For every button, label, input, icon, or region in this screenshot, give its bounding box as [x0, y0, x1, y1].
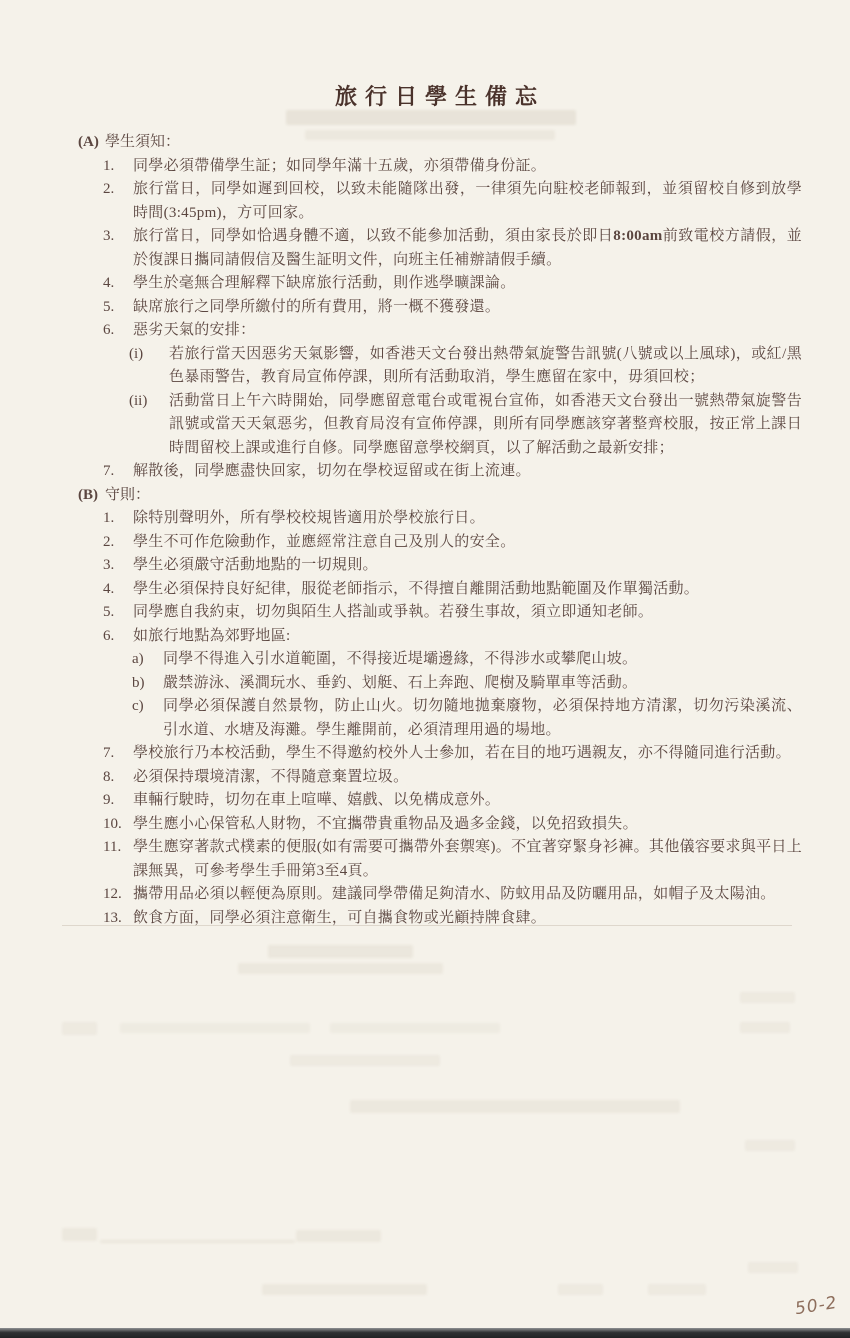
item-text: 車輛行駛時，切勿在車上喧嘩、嬉戲、以免構成意外。: [133, 789, 802, 813]
list-item: 4. 學生於毫無合理解釋下缺席旅行活動，則作逃學曠課論。: [103, 272, 802, 296]
item-text-bold-time: 8:00am: [613, 228, 662, 244]
list-item: 10. 學生應小心保管私人財物，不宜攜帶貴重物品及過多金錢，以免招致損失。: [103, 813, 802, 837]
bleed-through-artifact: [558, 1284, 603, 1295]
item-number: 8.: [103, 766, 133, 790]
section-a-heading: (A) 學生須知：: [78, 131, 802, 155]
subitem-text: 同學不得進入引水道範圍，不得接近堤壩邊緣，不得涉水或攀爬山坡。: [163, 648, 802, 672]
subitem-text: 嚴禁游泳、溪澗玩水、垂釣、划艇、石上奔跑、爬樹及騎單車等活動。: [163, 672, 802, 696]
list-item: 13. 飲食方面，同學必須注意衛生，可自攜食物或光顧持牌食肆。: [103, 907, 802, 931]
bleed-through-artifact: [62, 1022, 97, 1035]
item-text: 同學應自我約束，切勿與陌生人搭訕或爭執。若發生事故，須立即通知老師。: [133, 601, 802, 625]
item-number: 4.: [103, 578, 133, 602]
section-b-heading: (B) 守則：: [78, 484, 802, 508]
item-number: 2.: [103, 178, 133, 225]
subitem-number: (i): [129, 343, 169, 390]
bleed-through-artifact: [648, 1284, 706, 1295]
list-item: 4. 學生必須保持良好紀律，服從老師指示，不得擅自離開活動地點範圍及作單獨活動。: [103, 578, 802, 602]
item-number: 13.: [103, 907, 133, 931]
item-text: 學生於毫無合理解釋下缺席旅行活動，則作逃學曠課論。: [133, 272, 802, 296]
sub-list-item: (ii) 活動當日上午六時開始，同學應留意電台或電視台宣佈，如香港天文台發出一號…: [129, 390, 802, 461]
list-item: 2. 學生不可作危險動作，並應經常注意自己及別人的安全。: [103, 531, 802, 555]
item-text: 解散後，同學應盡快回家，切勿在學校逗留或在街上流連。: [133, 460, 802, 484]
section-a-item6-sublist: (i) 若旅行當天因惡劣天氣影響，如香港天文台發出熱帶氣旋警告訊號(八號或以上風…: [129, 343, 802, 461]
item-number: 10.: [103, 813, 133, 837]
subitem-number: b): [132, 672, 163, 696]
subitem-text: 同學必須保護自然景物，防止山火。切勿隨地拋棄廢物，必須保持地方清潔，切勿污染溪流…: [163, 695, 802, 742]
sub-list-item: b) 嚴禁游泳、溪澗玩水、垂釣、划艇、石上奔跑、爬樹及騎單車等活動。: [132, 672, 802, 696]
item-text: 同學必須帶備學生証；如同學年滿十五歲，亦須帶備身份証。: [133, 155, 802, 179]
section-b-title: 守則：: [105, 484, 150, 508]
item-number: 1.: [103, 155, 133, 179]
list-item: 9. 車輛行駛時，切勿在車上喧嘩、嬉戲、以免構成意外。: [103, 789, 802, 813]
section-b-label: (B): [78, 484, 105, 508]
item-text: 如旅行地點為郊野地區:: [133, 625, 802, 649]
item-number: 7.: [103, 460, 133, 484]
item-text: 學生必須嚴守活動地點的一切規則。: [133, 554, 802, 578]
bleed-through-artifact: [268, 945, 413, 958]
item-text: 缺席旅行之同學所繳付的所有費用，將一概不獲發還。: [133, 296, 802, 320]
list-item: 5. 缺席旅行之同學所繳付的所有費用，將一概不獲發還。: [103, 296, 802, 320]
subitem-text: 若旅行當天因惡劣天氣影響，如香港天文台發出熱帶氣旋警告訊號(八號或以上風球)，或…: [169, 343, 802, 390]
item-text: 學校旅行乃本校活動，學生不得邀約校外人士參加，若在目的地巧遇親友，亦不得隨同進行…: [133, 742, 802, 766]
bleed-through-artifact: [290, 1055, 440, 1066]
sub-list-item: (i) 若旅行當天因惡劣天氣影響，如香港天文台發出熱帶氣旋警告訊號(八號或以上風…: [129, 343, 802, 390]
section-a-list: 1. 同學必須帶備學生証；如同學年滿十五歲，亦須帶備身份証。 2. 旅行當日，同…: [103, 155, 802, 343]
list-item: 12. 攜帶用品必須以輕便為原則。建議同學帶備足夠清水、防蚊用品及防曬用品，如帽…: [103, 883, 802, 907]
list-item: 6. 惡劣天氣的安排：: [103, 319, 802, 343]
item-text: 惡劣天氣的安排：: [133, 319, 802, 343]
bleed-through-artifact: [740, 1022, 790, 1033]
item-number: 11.: [103, 836, 133, 883]
bleed-through-artifact: [62, 1228, 97, 1241]
item-number: 1.: [103, 507, 133, 531]
item-number: 7.: [103, 742, 133, 766]
subitem-number: (ii): [129, 390, 169, 461]
bleed-through-artifact: [262, 1284, 427, 1295]
item-text: 學生必須保持良好紀律，服從老師指示，不得擅自離開活動地點範圍及作單獨活動。: [133, 578, 802, 602]
list-item: 1. 同學必須帶備學生証；如同學年滿十五歲，亦須帶備身份証。: [103, 155, 802, 179]
bleed-through-artifact: [100, 1240, 295, 1243]
bleed-through-artifact: [120, 1023, 310, 1033]
item-text: 學生不可作危險動作，並應經常注意自己及別人的安全。: [133, 531, 802, 555]
document-title: 旅行日學生備忘: [78, 80, 802, 111]
list-item: 8. 必須保持環境清潔，不得隨意棄置垃圾。: [103, 766, 802, 790]
bleed-through-artifact: [350, 1100, 680, 1113]
list-item: 7. 學校旅行乃本校活動，學生不得邀約校外人士參加，若在目的地巧遇親友，亦不得隨…: [103, 742, 802, 766]
bleed-through-artifact: [330, 1023, 500, 1033]
document-content: 旅行日學生備忘 (A) 學生須知： 1. 同學必須帶備學生証；如同學年滿十五歲，…: [78, 80, 802, 930]
list-item: 3. 旅行當日，同學如恰遇身體不適，以致不能參加活動，須由家長於即日8:00am…: [103, 225, 802, 272]
item-number: 5.: [103, 601, 133, 625]
list-item: 5. 同學應自我約束，切勿與陌生人搭訕或爭執。若發生事故，須立即通知老師。: [103, 601, 802, 625]
item-number: 6.: [103, 319, 133, 343]
list-item: 2. 旅行當日，同學如遲到回校，以致未能隨隊出發，一律須先向駐校老師報到，並須留…: [103, 178, 802, 225]
item-text: 學生應穿著款式樸素的便服(如有需要可攜帶外套禦寒)。不宜著穿緊身衫褲。其他儀容要…: [133, 836, 802, 883]
subitem-number: a): [132, 648, 163, 672]
bleed-through-artifact: [748, 1262, 798, 1273]
item-number: 3.: [103, 554, 133, 578]
list-item: 1. 除特別聲明外，所有學校校規皆適用於學校旅行日。: [103, 507, 802, 531]
item-number: 3.: [103, 225, 133, 272]
section-b-list-tail: 7. 學校旅行乃本校活動，學生不得邀約校外人士參加，若在目的地巧遇親友，亦不得隨…: [103, 742, 802, 930]
list-item: 6. 如旅行地點為郊野地區:: [103, 625, 802, 649]
bleed-through-artifact: [296, 1230, 381, 1242]
bleed-through-artifact: [745, 1140, 795, 1151]
section-a-title: 學生須知：: [105, 131, 180, 155]
item-text: 旅行當日，同學如恰遇身體不適，以致不能參加活動，須由家長於即日8:00am前致電…: [133, 225, 802, 272]
bleed-through-artifact: [740, 992, 795, 1003]
section-b-list: 1. 除特別聲明外，所有學校校規皆適用於學校旅行日。 2. 學生不可作危險動作，…: [103, 507, 802, 648]
item-text: 除特別聲明外，所有學校校規皆適用於學校旅行日。: [133, 507, 802, 531]
item-text: 旅行當日，同學如遲到回校，以致未能隨隊出發，一律須先向駐校老師報到，並須留校自修…: [133, 178, 802, 225]
item-number: 4.: [103, 272, 133, 296]
item-text: 必須保持環境清潔，不得隨意棄置垃圾。: [133, 766, 802, 790]
list-item: 3. 學生必須嚴守活動地點的一切規則。: [103, 554, 802, 578]
item-number: 12.: [103, 883, 133, 907]
handwritten-page-number: 50-2: [794, 1293, 839, 1319]
sub-list-item: c) 同學必須保護自然景物，防止山火。切勿隨地拋棄廢物，必須保持地方清潔，切勿污…: [132, 695, 802, 742]
scanned-document-page: 旅行日學生備忘 (A) 學生須知： 1. 同學必須帶備學生証；如同學年滿十五歲，…: [0, 0, 850, 1338]
section-a-list-tail: 7. 解散後，同學應盡快回家，切勿在學校逗留或在街上流連。: [103, 460, 802, 484]
item-text-segment: 旅行當日，同學如恰遇身體不適，以致不能參加活動，須由家長於即日: [133, 228, 613, 244]
item-text: 飲食方面，同學必須注意衛生，可自攜食物或光顧持牌食肆。: [133, 907, 802, 931]
list-item: 11. 學生應穿著款式樸素的便服(如有需要可攜帶外套禦寒)。不宜著穿緊身衫褲。其…: [103, 836, 802, 883]
sub-list-item: a) 同學不得進入引水道範圍，不得接近堤壩邊緣，不得涉水或攀爬山坡。: [132, 648, 802, 672]
subitem-text: 活動當日上午六時開始，同學應留意電台或電視台宣佈，如香港天文台發出一號熱帶氣旋警…: [169, 390, 802, 461]
item-number: 6.: [103, 625, 133, 649]
item-number: 9.: [103, 789, 133, 813]
scan-edge-strip: [0, 1328, 850, 1338]
bleed-through-artifact: [238, 963, 443, 974]
section-a-label: (A): [78, 131, 105, 155]
item-number: 2.: [103, 531, 133, 555]
list-item: 7. 解散後，同學應盡快回家，切勿在學校逗留或在街上流連。: [103, 460, 802, 484]
item-number: 5.: [103, 296, 133, 320]
item-text: 學生應小心保管私人財物，不宜攜帶貴重物品及過多金錢，以免招致損失。: [133, 813, 802, 837]
section-b-item6-sublist: a) 同學不得進入引水道範圍，不得接近堤壩邊緣，不得涉水或攀爬山坡。 b) 嚴禁…: [132, 648, 802, 742]
item-text: 攜帶用品必須以輕便為原則。建議同學帶備足夠清水、防蚊用品及防曬用品，如帽子及太陽…: [133, 883, 802, 907]
subitem-number: c): [132, 695, 163, 742]
